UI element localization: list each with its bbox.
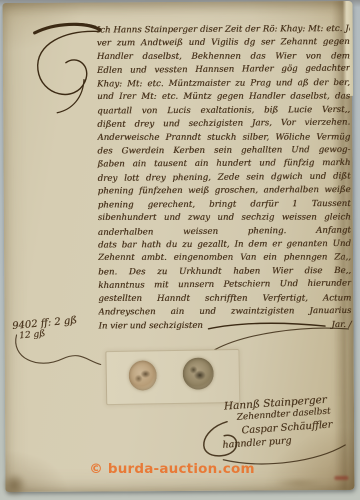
text-line: Edlen und vessten Hannsen Harder gög ged… xyxy=(97,63,350,79)
manuscript-page: Ich Hanns Stainperger diser Zeit der Rö:… xyxy=(3,1,355,492)
auction-watermark: © burda-auction.com xyxy=(0,461,352,477)
date-line: In vier und sechzigisten Jar. / xyxy=(98,319,351,334)
text-line: gestellten Hanndt schrifften Verfertigt,… xyxy=(98,292,351,306)
text-line: phening gerechent, bringt darfür 1 Tauss… xyxy=(98,198,351,213)
wax-seal-right xyxy=(182,357,214,390)
photo-background: Ich Hanns Stainperger diser Zeit der Rö:… xyxy=(0,0,360,500)
text-line: anderhalben weissen phening. Anfangt xyxy=(98,224,351,240)
text-line: drey lott drey phening, Zede sein dgwich… xyxy=(98,170,351,186)
text-line: sibenhundert und zway und sechzig weisse… xyxy=(98,212,351,226)
signature-block: Hannß Stainperger Zehenndter daselbst Ca… xyxy=(196,392,351,452)
date-line-left: In vier und sechzigisten xyxy=(98,319,202,333)
text-line: und Irer Mt: etc. Müntz gegen Handler da… xyxy=(97,91,350,105)
text-line: phening fünfzehen weiß groschen, anderha… xyxy=(98,184,351,199)
text-line: Zehennt ambt. eingenomben Van ein phenng… xyxy=(98,252,351,266)
text-line: Anderweische Pranndt stuckh silber, Wöli… xyxy=(97,131,350,145)
date-line-right: Jar. / xyxy=(331,319,351,333)
manuscript-text-block: Ich Hanns Stainperger diser Zeit der Rö:… xyxy=(97,23,352,334)
text-line: dißent drey und sechzigisten Jars, Vor v… xyxy=(97,117,350,133)
wax-seal-left xyxy=(129,360,157,390)
corner-stain xyxy=(1,474,27,496)
margin-flourish-icon xyxy=(9,330,105,373)
pen-flourish-icon xyxy=(207,320,328,331)
text-line: Khay: Mt: etc. Müntzmaister zu Prag und … xyxy=(97,77,350,92)
text-line: ver zum Andtweiß und Vigilis dg ser Zeha… xyxy=(97,36,350,51)
text-line: khanntnus mit unnsern Petschiern Und hie… xyxy=(98,278,351,294)
seal-paper-patch xyxy=(105,349,240,405)
text-line: Andreyschen ain und zwaintzigisten Janua… xyxy=(98,305,351,320)
bottom-smudge xyxy=(274,478,324,488)
